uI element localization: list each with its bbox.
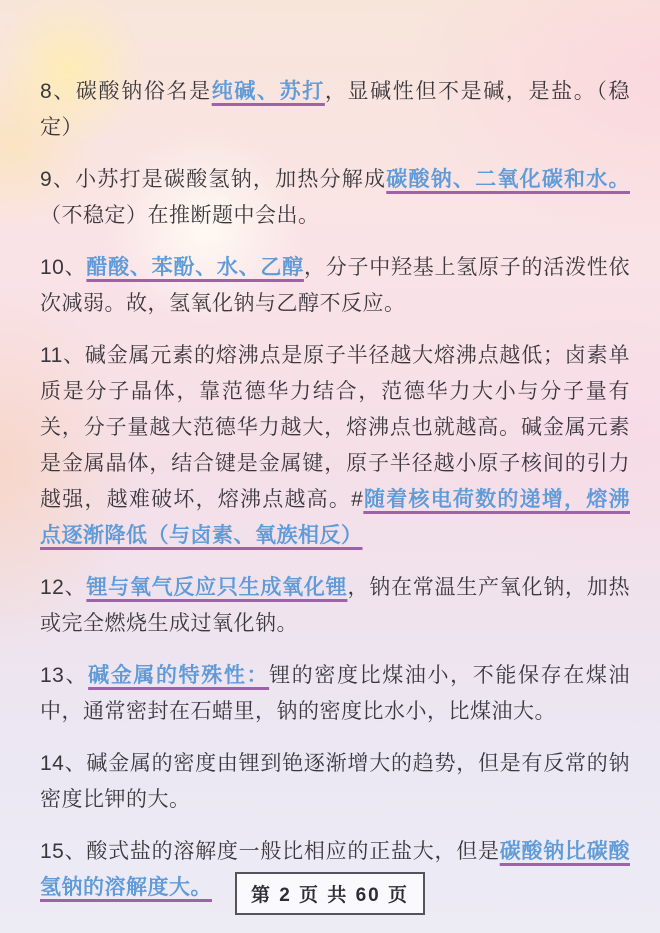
note-text: 15、酸式盐的溶解度一般比相应的正盐大，但是 (40, 840, 500, 863)
note-text: 8、碳酸钠俗名是 (40, 80, 212, 103)
note-text: 10、 (40, 256, 86, 279)
footer: 第 2 页 共 60 页 (0, 872, 660, 915)
note-item-8: 8、碳酸钠俗名是纯碱、苏打，显碱性但不是碱，是盐。（稳定） (40, 74, 630, 146)
note-text: 9、小苏打是碳酸氢钠，加热分解成 (40, 168, 386, 191)
page-number-box: 第 2 页 共 60 页 (235, 872, 425, 915)
highlighted-term: 纯碱、苏打 (212, 80, 325, 103)
note-text: （不稳定）在推断题中会出。 (40, 204, 320, 227)
note-item-12: 12、锂与氧气反应只生成氧化锂，钠在常温生产氧化钠，加热或完全燃烧生成过氧化钠。 (40, 570, 630, 642)
note-item-14: 14、碱金属的密度由锂到铯逐渐增大的趋势，但是有反常的钠密度比钾的大。 (40, 746, 630, 818)
note-item-10: 10、醋酸、苯酚、水、乙醇，分子中羟基上氢原子的活泼性依次减弱。故，氢氧化钠与乙… (40, 250, 630, 322)
note-text: 11、碱金属元素的熔沸点是原子半径越大熔沸点越低；卤素单质是分子晶体，靠范德华力… (40, 344, 630, 511)
note-text: 12、 (40, 576, 86, 599)
highlighted-term: 碳酸钠、二氧化碳和水。 (386, 168, 630, 191)
note-item-13: 13、碱金属的特殊性：锂的密度比煤油小，不能保存在煤油中，通常密封在石蜡里，钠的… (40, 658, 630, 730)
note-item-9: 9、小苏打是碳酸氢钠，加热分解成碳酸钠、二氧化碳和水。（不稳定）在推断题中会出。 (40, 162, 630, 234)
note-text: 13、 (40, 664, 88, 687)
page-number-label: 第 2 页 共 60 页 (251, 885, 409, 906)
note-item-11: 11、碱金属元素的熔沸点是原子半径越大熔沸点越低；卤素单质是分子晶体，靠范德华力… (40, 338, 630, 554)
note-text: 14、碱金属的密度由锂到铯逐渐增大的趋势，但是有反常的钠密度比钾的大。 (40, 752, 630, 811)
highlighted-term: 醋酸、苯酚、水、乙醇 (86, 256, 304, 279)
highlighted-term: 碱金属的特殊性： (88, 664, 269, 687)
notes-list: 8、碳酸钠俗名是纯碱、苏打，显碱性但不是碱，是盐。（稳定）9、小苏打是碳酸氢钠，… (0, 0, 660, 906)
study-notes-page: { "page": { "language": "zh-CN", "colors… (0, 0, 660, 933)
highlighted-term: 锂与氧气反应只生成氧化锂 (86, 576, 347, 599)
